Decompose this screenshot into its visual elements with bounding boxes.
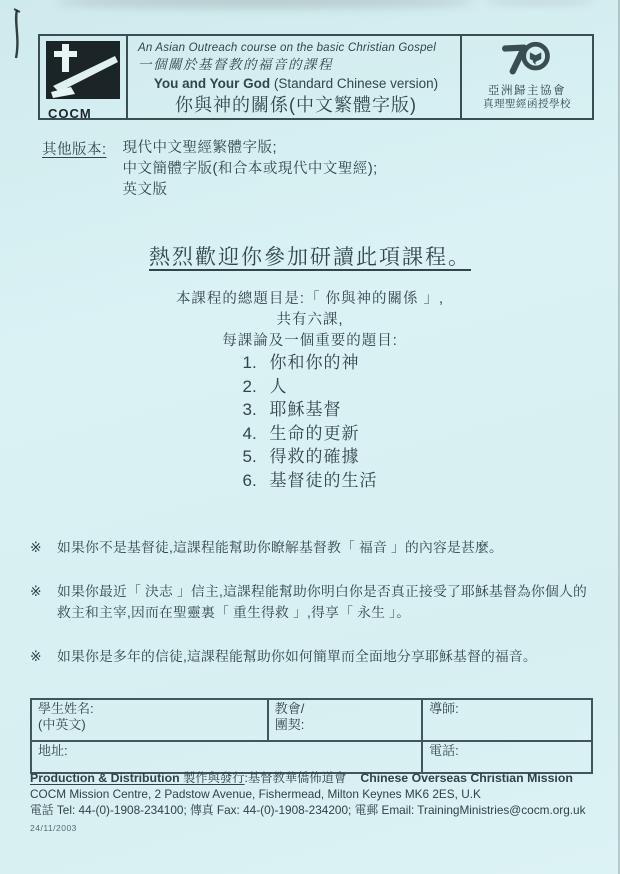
- note-text: 如果你不是基督徒,這課程能幫助你瞭解基督教「 福音 」的內容是甚麼。: [57, 540, 503, 555]
- lesson-item: 5.得救的確據: [243, 445, 378, 469]
- asian-outreach-logo: 亞洲歸主協會 真理聖經函授學校: [460, 36, 592, 118]
- lesson-list: 1.你和你的神 2.人 3.耶穌基督 4.生命的更新 5.得救的確據 6.基督徒…: [0, 351, 620, 492]
- lesson-item: 6.基督徒的生活: [243, 469, 378, 493]
- book-icon: [530, 52, 541, 64]
- course-intro: 本課程的總題目是:「 你與神的關係 」, 共有六課, 每課論及一個重要的題目:: [0, 289, 620, 352]
- phone-field: 電話:: [422, 741, 592, 773]
- other-versions-label: 其他版本:: [42, 138, 107, 201]
- cocm-logo-icon: [45, 40, 121, 100]
- org-school-name: 真理聖經函授學校: [462, 98, 592, 111]
- version-item: 中文簡體字版(和合本或現代中文聖經);: [123, 159, 378, 180]
- asian-outreach-logo-icon: [498, 39, 556, 79]
- lesson-item: 3.耶穌基督: [243, 398, 378, 422]
- scan-smudge-artifact: [485, 0, 595, 6]
- cocm-logo: COCM: [40, 36, 128, 118]
- student-name-field: 學生姓名: (中英文): [31, 699, 268, 741]
- date-stamp: 24/11/2003: [30, 820, 598, 836]
- reference-mark: ※: [30, 646, 42, 667]
- course-title-en: You and Your God (Standard Chinese versi…: [138, 75, 454, 93]
- church-fellowship-field: 教會/ 團契:: [268, 699, 422, 741]
- scan-smudge-artifact: [55, 0, 475, 8]
- other-versions-list: 現代中文聖經繁體字版; 中文簡體字版(和合本或現代中文聖經); 英文版: [123, 138, 378, 201]
- registration-form-table: 學生姓名: (中英文) 教會/ 團契: 導師: 地址: 電話:: [30, 698, 593, 774]
- version-item: 現代中文聖經繁體字版;: [123, 138, 378, 159]
- note-item: ※ 如果你最近「 決志 」信主,這課程能幫助你明白你是否真正接受了耶穌基督為你個…: [30, 581, 598, 623]
- mission-address: COCM Mission Centre, 2 Padstow Avenue, F…: [30, 786, 598, 802]
- production-line: Production & Distribution 製作與發行:基督教華僑佈道會…: [30, 770, 598, 786]
- welcome-heading: 熱烈歡迎你參加研讀此項課程。: [0, 241, 620, 271]
- note-text: 如果你最近「 決志 」信主,這課程能幫助你明白你是否真正接受了耶穌基督為你個人的…: [57, 584, 587, 620]
- lesson-item: 4.生命的更新: [243, 422, 378, 446]
- cocm-logo-text: COCM: [48, 106, 122, 121]
- course-header: COCM An Asian Outreach course on the bas…: [38, 34, 594, 120]
- org-name: 亞洲歸主協會: [462, 84, 592, 98]
- version-item: 英文版: [123, 180, 378, 201]
- scanned-course-intro-page: COCM An Asian Outreach course on the bas…: [0, 0, 620, 874]
- notes-section: ※ 如果你不是基督徒,這課程能幫助你瞭解基督教「 福音 」的內容是甚麼。 ※ 如…: [30, 537, 598, 690]
- footer: Production & Distribution 製作與發行:基督教華僑佈道會…: [30, 770, 598, 836]
- address-field: 地址:: [31, 741, 422, 773]
- note-item: ※ 如果你不是基督徒,這課程能幫助你瞭解基督教「 福音 」的內容是甚麼。: [30, 537, 598, 558]
- course-subtitle-en: An Asian Outreach course on the basic Ch…: [138, 41, 454, 56]
- lesson-item: 2.人: [243, 375, 378, 399]
- note-text: 如果你是多年的信徒,這課程能幫助你如何簡單而全面地分享耶穌基督的福音。: [57, 649, 537, 664]
- lesson-item: 1.你和你的神: [243, 351, 378, 375]
- course-subtitle-zh: 一個關於基督教的福音的課程: [138, 56, 454, 74]
- note-item: ※ 如果你是多年的信徒,這課程能幫助你如何簡單而全面地分享耶穌基督的福音。: [30, 646, 598, 667]
- course-title-block: An Asian Outreach course on the basic Ch…: [128, 36, 460, 118]
- pen-mark-artifact: [8, 4, 32, 66]
- contact-line: 電話 Tel: 44-(0)-1908-234100; 傳真 Fax: 44-(…: [30, 802, 598, 818]
- reference-mark: ※: [30, 581, 42, 602]
- intro-line: 本課程的總題目是:「 你與神的關係 」,: [0, 289, 620, 310]
- tutor-field: 導師:: [422, 699, 592, 741]
- course-title-zh: 你與神的關係(中文繁體字版): [138, 93, 454, 117]
- intro-line: 共有六課,: [0, 310, 620, 331]
- reference-mark: ※: [30, 537, 42, 558]
- intro-line: 每課論及一個重要的題目:: [0, 331, 620, 352]
- other-versions-section: 其他版本: 現代中文聖經繁體字版; 中文簡體字版(和合本或現代中文聖經); 英文…: [42, 138, 378, 201]
